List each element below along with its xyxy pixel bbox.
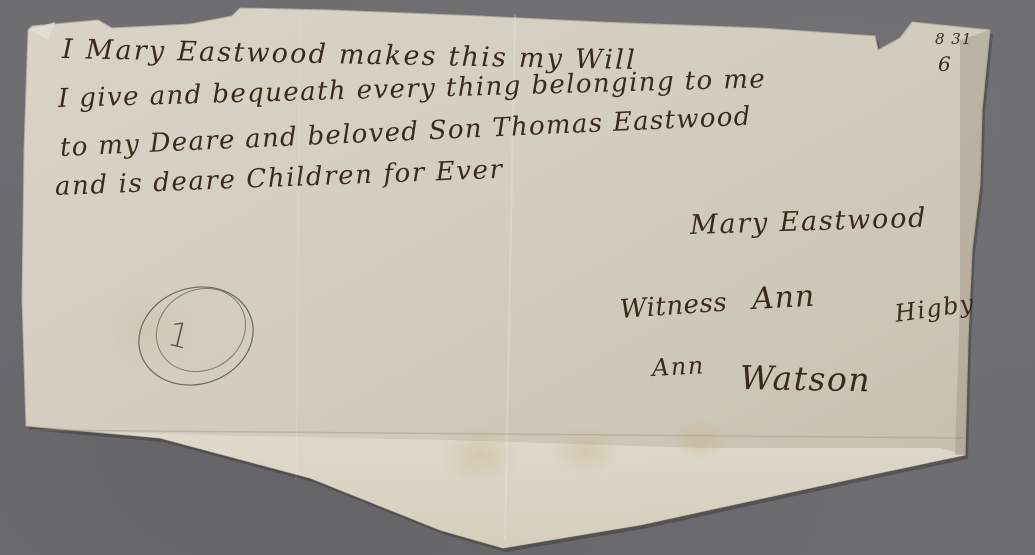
witness-2-first-name: Ann <box>651 351 705 382</box>
witness-1-first-name: Ann <box>751 279 816 317</box>
date-annotation-bottom: 6 <box>938 52 952 76</box>
date-annotation-top: 8 31 <box>935 30 972 48</box>
witness-2-last-name: Watson <box>740 358 872 399</box>
paper-lower-flap <box>100 432 965 548</box>
pencil-circle-mark <box>133 280 259 392</box>
